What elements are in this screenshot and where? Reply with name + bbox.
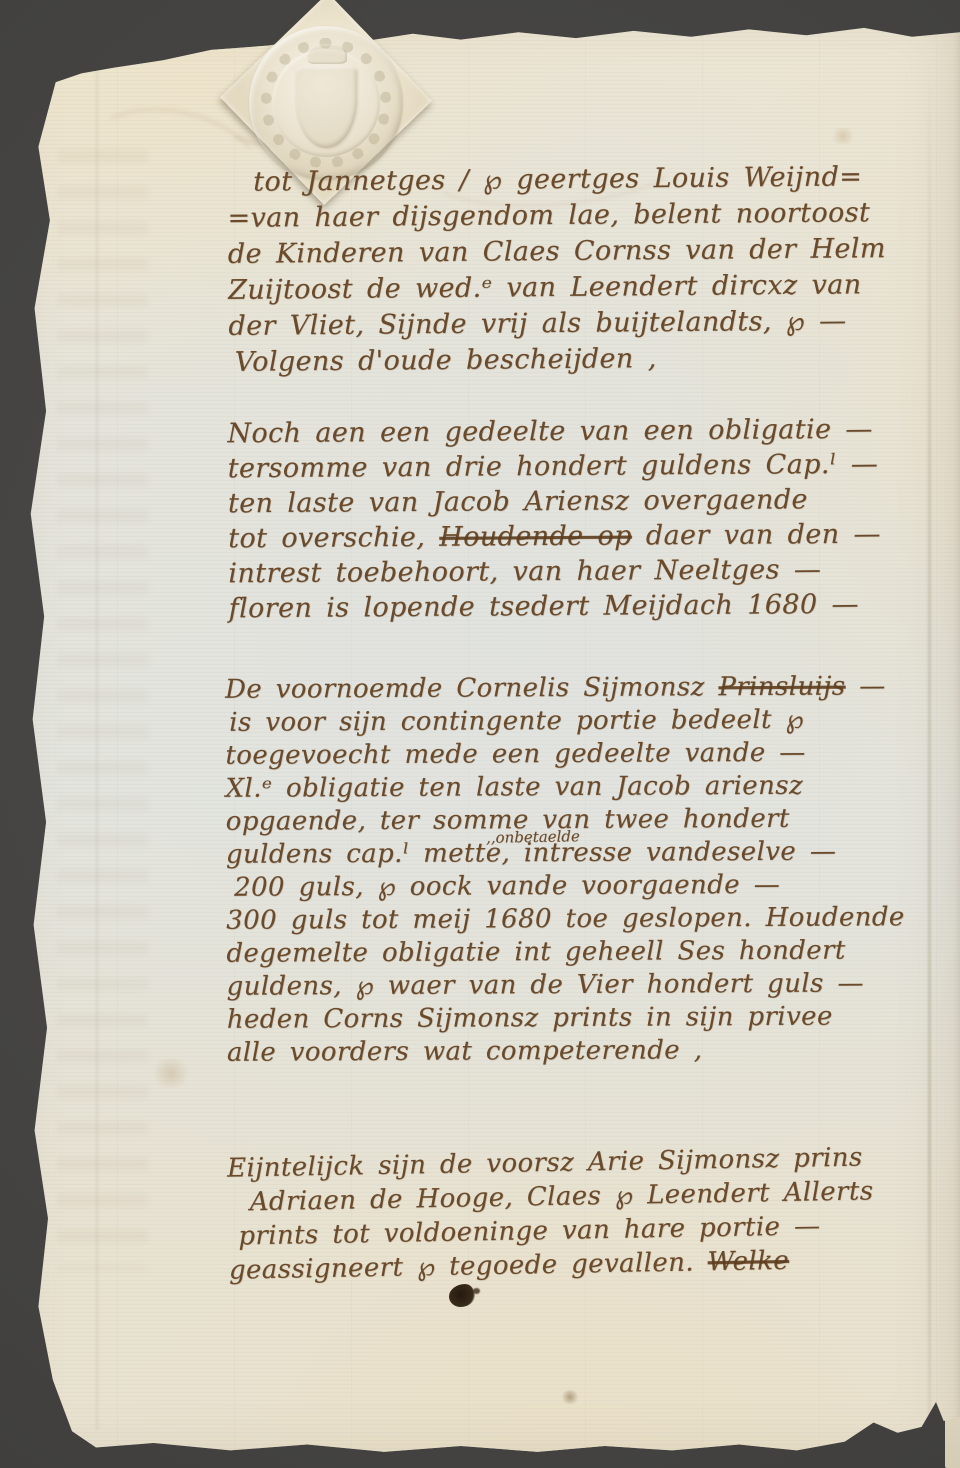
manuscript-line: intrest toebehoort, van haer Neeltges — (228, 552, 881, 592)
foxing-stain (830, 128, 856, 144)
manuscript-line: alle voorders wat competerende , (227, 1033, 906, 1070)
manuscript-line: De voornoemde Cornelis Sijmonsz Prinslui… (225, 670, 904, 707)
seal-crest (307, 44, 347, 64)
interlinear-insertion: ,,onbetaelde (486, 827, 580, 847)
manuscript-line: =van haer dijsgendom lae, belent noortoo… (227, 195, 885, 237)
struck-text: Houdende op (439, 520, 632, 552)
manuscript-line: tot Jannetges / ℘ geertges Louis Weijnd= (253, 159, 885, 201)
foxing-stain (560, 1390, 580, 1404)
manuscript-line: 200 guls, ℘ oock vande voorgaende — (234, 868, 905, 905)
manuscript-line: 300 guls tot meij 1680 toe geslopen. Hou… (226, 901, 905, 938)
paragraph-4: Eijntelijck sijn de voorsz Arie Sijmonsz… (227, 1140, 875, 1287)
seal-embossed-circle (249, 26, 403, 180)
vertical-fold-crease (96, 40, 98, 1430)
manuscript-line: Zuijtoost de wed.ᵉ van Leendert dircxz v… (228, 267, 886, 309)
manuscript-line: heden Corns Sijmonsz prints in sijn priv… (227, 1000, 906, 1037)
manuscript-line: Noch aen een gedeelte van een obligatie … (227, 412, 880, 452)
manuscript-line: tersomme van drie hondert guldens Cap.ˡ … (228, 447, 881, 487)
paragraph-1: tot Jannetges / ℘ geertges Louis Weijnd=… (227, 159, 887, 381)
struck-text: Welke (707, 1246, 789, 1277)
show-through-ghost-writing (58, 150, 148, 1270)
paragraph-3: De voornoemde Cornelis Sijmonsz Prinslui… (225, 670, 905, 1070)
manuscript-line: guldens, ℘ waer van de Vier hondert guls… (227, 967, 906, 1004)
manuscript-line: de Kinderen van Claes Cornss van der Hel… (228, 231, 886, 273)
manuscript-line: toegevoecht mede een gedeelte vande — (225, 736, 904, 773)
manuscript-line: tot overschie, Houdende op daer van den … (228, 517, 881, 557)
manuscript-line: Xl.ᵉ obligatie ten laste van Jacob arien… (225, 769, 904, 806)
manuscript-line: degemelte obligatie int geheell Ses hond… (226, 934, 905, 971)
struck-text: Prinsluijs (718, 672, 845, 703)
manuscript-line: floren is lopende tsedert Meijdach 1680 … (228, 587, 881, 627)
ink-blot (473, 1288, 480, 1294)
manuscript-line: ten laste van Jacob Ariensz overgaende (228, 482, 881, 522)
manuscript-line: Volgens d'oude bescheijden , (235, 339, 887, 381)
vertical-fold-crease (928, 60, 931, 1430)
foxing-stain (150, 1058, 192, 1088)
manuscript-line: is voor sijn contingente portie bedeelt … (229, 703, 904, 740)
manuscript-line: der Vliet, Sijnde vrij als buijtelandts,… (228, 303, 886, 345)
paragraph-2: Noch aen een gedeelte van een obligatie … (227, 412, 881, 627)
